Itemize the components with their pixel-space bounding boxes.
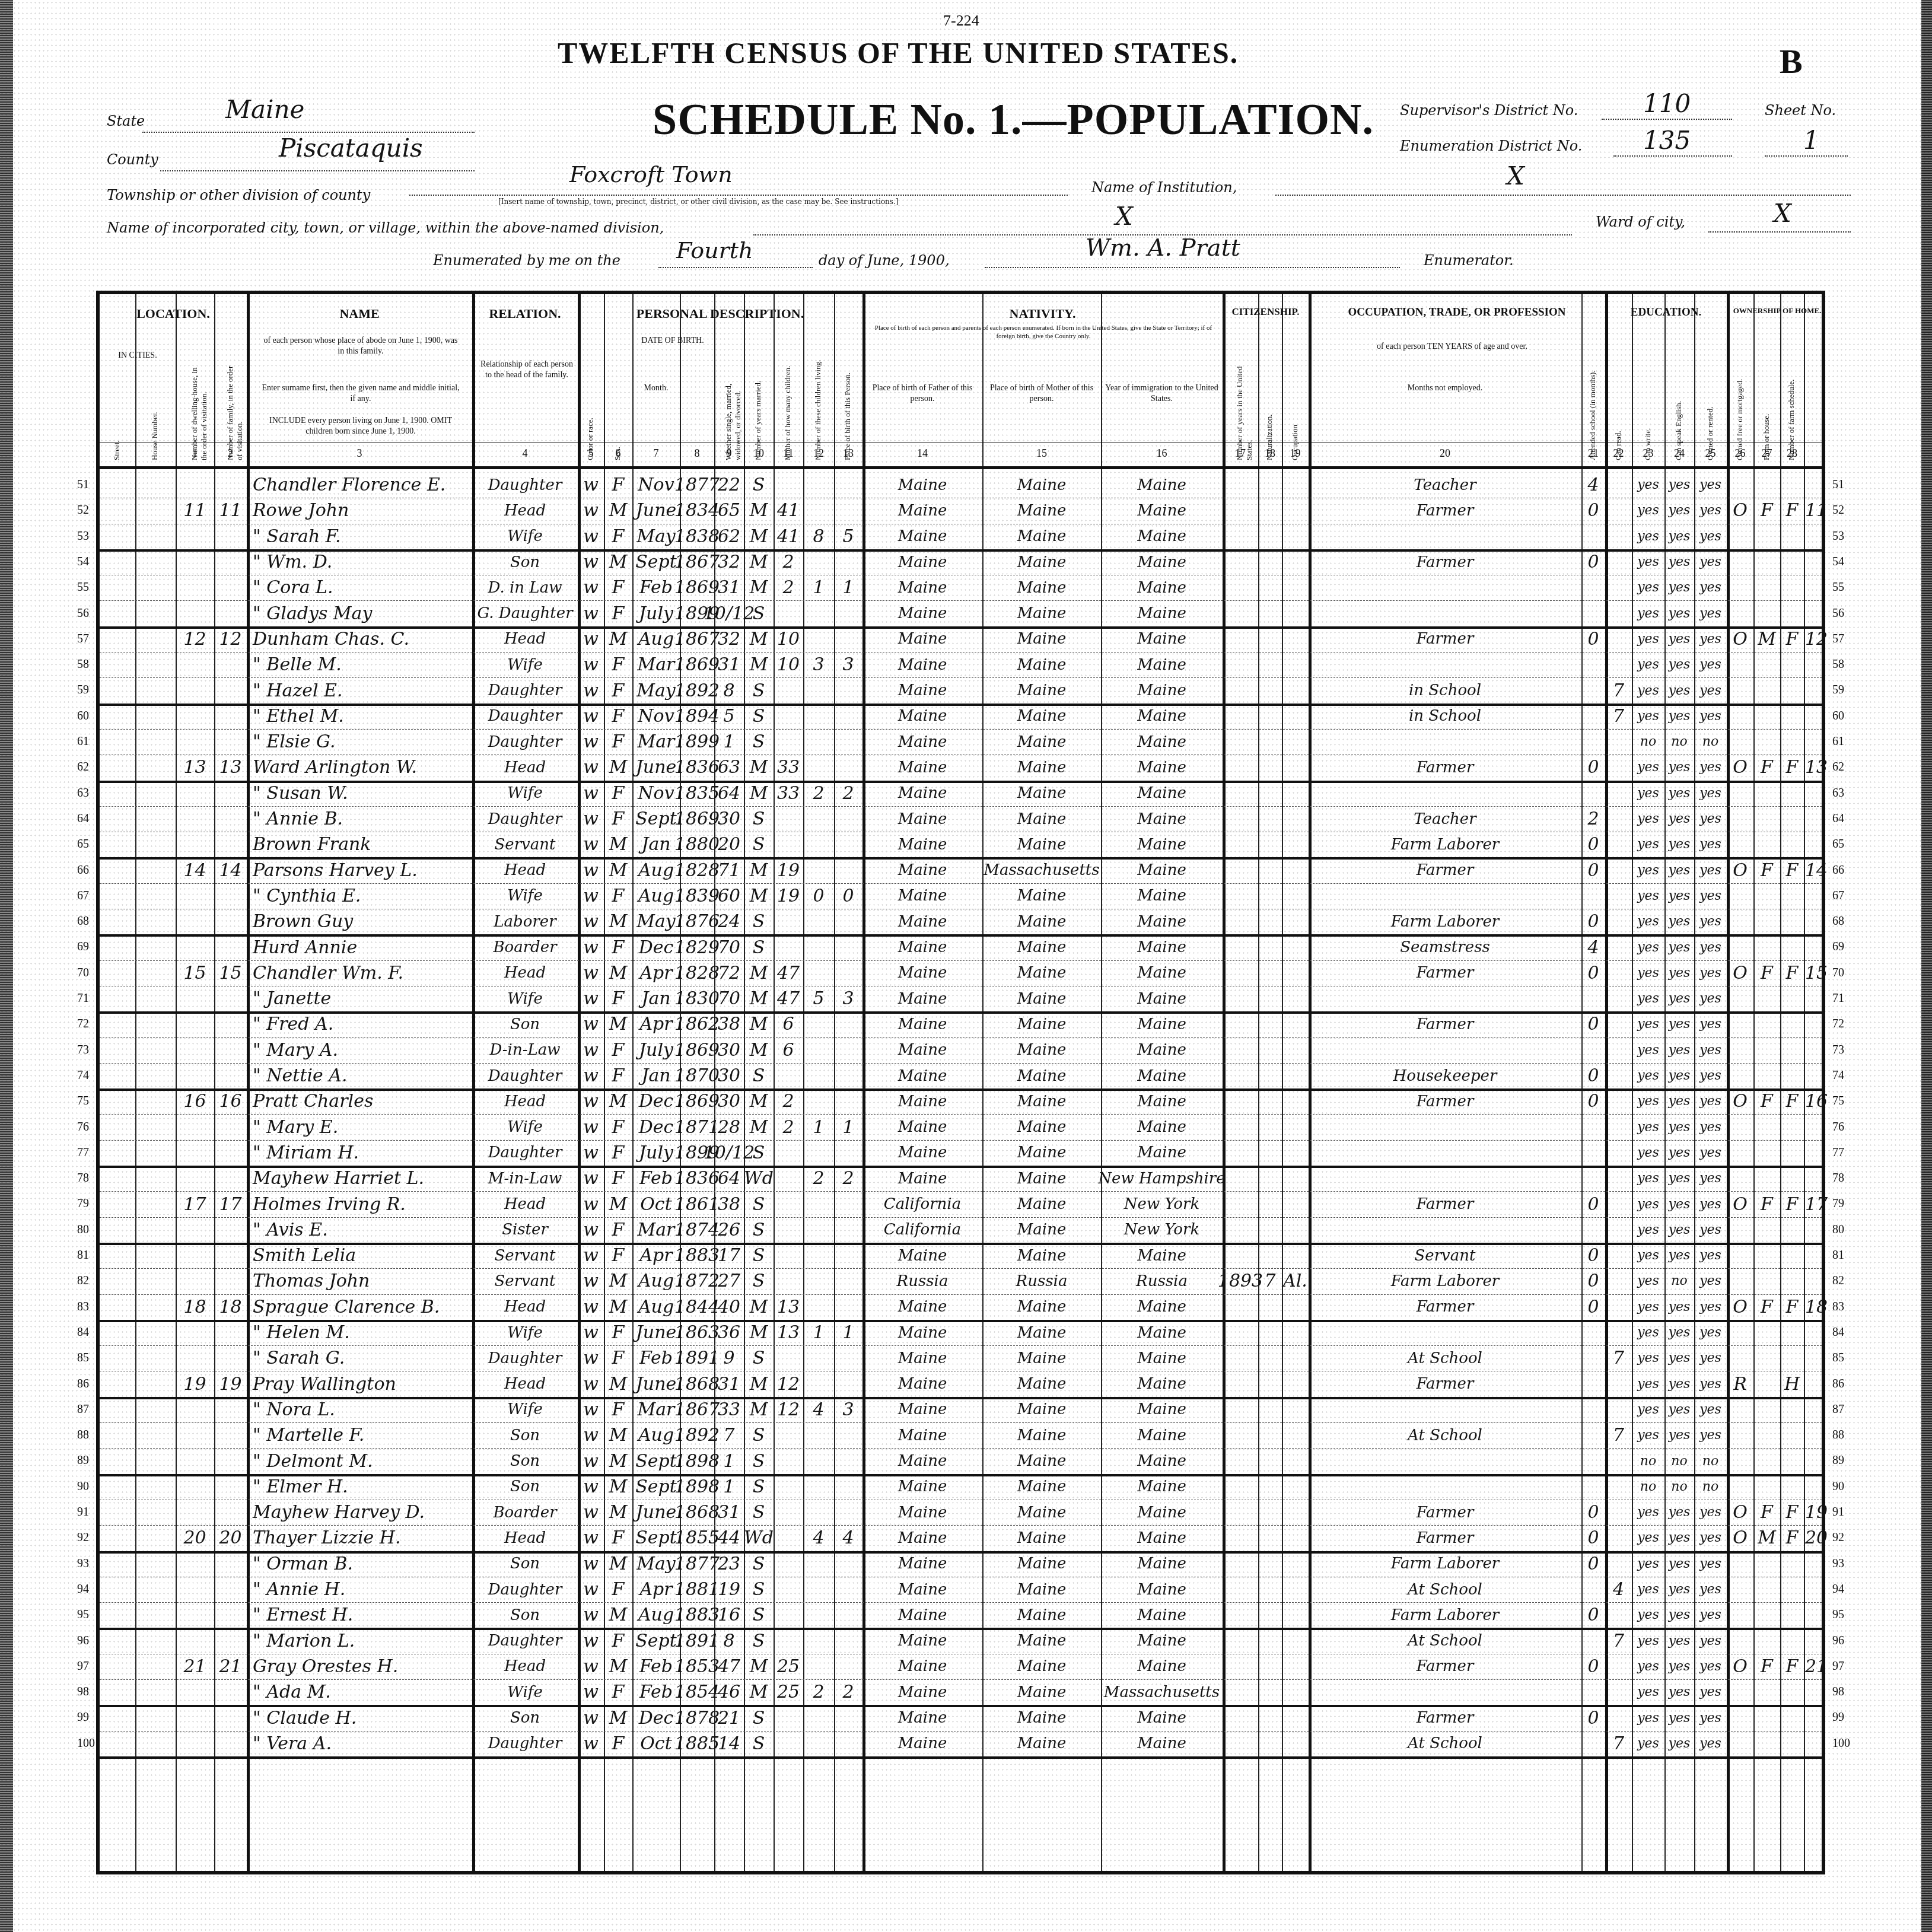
cell-cl [834, 1294, 862, 1320]
cell-year: 1877 [680, 1551, 714, 1577]
cell-rel: Daughter [472, 1628, 578, 1654]
cell-bp: Maine [862, 498, 982, 523]
cell-race: w [578, 575, 604, 600]
cell-occ: Farm Laborer [1309, 1268, 1581, 1294]
cell-sex: F [604, 1679, 632, 1705]
cell-own [1727, 1037, 1753, 1063]
table-row: " Claude H.SonwMDec187821SMaineMaineMain… [100, 1705, 1822, 1731]
cell-street [100, 1217, 135, 1243]
cell-cl: 1 [834, 1320, 862, 1345]
cell-mc: 4 [803, 1397, 834, 1422]
cell-yrs [1258, 1140, 1282, 1166]
cell-read: yes [1632, 909, 1664, 934]
cell-mne [1581, 677, 1605, 703]
cell-street [100, 1731, 135, 1756]
cell-imm [1223, 1628, 1258, 1654]
cell-yrs [1258, 1397, 1282, 1422]
cell-rel: Daughter [472, 1140, 578, 1166]
cell-fs [1804, 1217, 1829, 1243]
cell-read: yes [1632, 677, 1664, 703]
cell-nat [1282, 986, 1309, 1011]
line-number-right: 88 [1832, 1428, 1844, 1442]
cell-ym [774, 1448, 803, 1473]
township-value: Foxcroft Town [569, 161, 733, 187]
cell-write: yes [1664, 549, 1694, 575]
cell-house [135, 986, 176, 1011]
cell-rel: G. Daughter [472, 601, 578, 626]
cell-rel: Wife [472, 652, 578, 677]
cell-rel: D. in Law [472, 575, 578, 600]
cell-rel: Daughter [472, 806, 578, 832]
cell-write: yes [1664, 1602, 1694, 1628]
line-number-right: 79 [1832, 1197, 1844, 1211]
cell-own: O [1727, 1654, 1753, 1679]
cell-year: 1829 [680, 934, 714, 960]
cell-house [135, 1602, 176, 1628]
cell-age: 70 [714, 986, 744, 1011]
cell-sex: F [604, 1577, 632, 1602]
cell-mc [803, 1602, 834, 1628]
cell-dw [176, 1628, 214, 1654]
cell-race: w [578, 1628, 604, 1654]
cell-sex: F [604, 1731, 632, 1756]
cell-nat [1282, 1371, 1309, 1397]
cell-mc: 3 [803, 652, 834, 677]
cell-mc [803, 1422, 834, 1448]
cell-month: Mar [632, 1217, 680, 1243]
cell-imm [1223, 883, 1258, 909]
cell-age: 16 [714, 1602, 744, 1628]
cell-year: 1836 [680, 1166, 714, 1191]
cell-street [100, 1191, 135, 1217]
line-number-left: 97 [77, 1660, 89, 1673]
cell-ym [774, 1628, 803, 1654]
cell-free [1753, 524, 1780, 549]
cell-read: yes [1632, 1140, 1664, 1166]
cell-occ [1309, 729, 1581, 755]
cell-read: yes [1632, 1551, 1664, 1577]
cell-street [100, 960, 135, 986]
cell-rel: Head [472, 1088, 578, 1114]
cell-dw [176, 1037, 214, 1063]
cell-eng: no [1694, 1448, 1727, 1473]
cell-occ: At School [1309, 1628, 1581, 1654]
cell-eng: no [1694, 729, 1727, 755]
column-label-bm: Year of immigration to the United States… [1103, 383, 1220, 405]
cell-name: Hurd Annie [253, 934, 478, 960]
line-number-right: 55 [1832, 581, 1844, 594]
cell-free: F [1753, 498, 1780, 523]
table-row: 1414Parsons Harvey L.HeadwMAug182871M19M… [100, 858, 1822, 884]
cell-sch [1605, 1268, 1632, 1294]
cell-bf: Maine [982, 1628, 1101, 1654]
cell-dw [176, 1063, 214, 1088]
cell-free [1753, 806, 1780, 832]
table-row: Smith LeliaServantwFApr188317SMaineMaine… [100, 1243, 1822, 1269]
cell-mne [1581, 1474, 1605, 1500]
cell-month: Aug [632, 1422, 680, 1448]
cell-eng: yes [1694, 626, 1727, 652]
cell-fam [214, 652, 247, 677]
cell-house [135, 1551, 176, 1577]
cell-fs: 15 [1804, 960, 1829, 986]
cell-street [100, 909, 135, 934]
enumeration-label: Enumeration District No. [1400, 138, 1582, 154]
cell-own [1727, 1011, 1753, 1037]
cell-fs [1804, 575, 1829, 600]
cell-house [135, 1397, 176, 1422]
cell-cl [834, 806, 862, 832]
cell-rel: Wife [472, 1679, 578, 1705]
cell-own [1727, 524, 1753, 549]
column-number-occ: 20 [1309, 447, 1581, 460]
cell-sex: M [604, 1551, 632, 1577]
line-number-left: 81 [77, 1249, 89, 1262]
cell-own [1727, 1217, 1753, 1243]
cell-race: w [578, 858, 604, 883]
cell-cl: 1 [834, 1115, 862, 1140]
cell-street [100, 601, 135, 626]
cell-name: Thomas John [253, 1268, 478, 1294]
cell-bf: Maine [982, 1140, 1101, 1166]
cell-eng: yes [1694, 472, 1727, 498]
cell-yrs [1258, 1679, 1282, 1705]
column-number-rel: 4 [472, 447, 578, 460]
table-row: 1616Pratt CharlesHeadwMDec186930M2MaineM… [100, 1088, 1822, 1115]
cell-age: 32 [714, 549, 744, 575]
cell-sch [1605, 1011, 1632, 1037]
cell-occ [1309, 601, 1581, 626]
cell-ym: 41 [774, 524, 803, 549]
cell-yrs [1258, 934, 1282, 960]
cell-race: w [578, 1345, 604, 1371]
cell-nat [1282, 704, 1309, 729]
cell-mc: 8 [803, 524, 834, 549]
cell-bf: Maine [982, 1166, 1101, 1191]
cell-age: 28 [714, 1115, 744, 1140]
cell-fam [214, 806, 247, 832]
cell-fs [1804, 1628, 1829, 1654]
cell-own: O [1727, 1500, 1753, 1525]
cell-bp: Maine [862, 601, 982, 626]
cell-bm: New York [1101, 1217, 1223, 1243]
cell-street [100, 1602, 135, 1628]
cell-sch [1605, 1191, 1632, 1217]
cell-bp: Maine [862, 1448, 982, 1473]
cell-yrs [1258, 960, 1282, 986]
cell-fam: 15 [214, 960, 247, 986]
cell-age: 30 [714, 1088, 744, 1114]
cell-sex: F [604, 934, 632, 960]
cell-age: 1 [714, 1448, 744, 1473]
cell-bp: Maine [862, 781, 982, 806]
cell-rel: M-in-Law [472, 1166, 578, 1191]
cell-fs [1804, 934, 1829, 960]
cell-occ [1309, 781, 1581, 806]
cell-eng: yes [1694, 524, 1727, 549]
cell-write: yes [1664, 704, 1694, 729]
cell-occ: Housekeeper [1309, 1063, 1581, 1088]
cell-imm [1223, 1243, 1258, 1268]
cell-read: yes [1632, 755, 1664, 780]
cell-bp: Maine [862, 1525, 982, 1551]
cell-mne: 0 [1581, 1088, 1605, 1114]
cell-street [100, 1140, 135, 1166]
line-number-left: 71 [77, 992, 89, 1005]
cell-own: O [1727, 755, 1753, 780]
enumeration-district: 135 [1643, 126, 1691, 155]
cell-fam: 12 [214, 626, 247, 652]
cell-cl: 3 [834, 986, 862, 1011]
cell-nat [1282, 1500, 1309, 1525]
cell-house [135, 1345, 176, 1371]
cell-write: yes [1664, 1243, 1694, 1268]
cell-year: 1838 [680, 524, 714, 549]
cell-own [1727, 1268, 1753, 1294]
cell-cl [834, 1628, 862, 1654]
cell-yrs: 7 [1258, 1268, 1282, 1294]
cell-sex: M [604, 1500, 632, 1525]
cell-nat [1282, 1115, 1309, 1140]
cell-occ: Teacher [1309, 472, 1581, 498]
cell-farm [1780, 729, 1804, 755]
cell-mc: 1 [803, 1320, 834, 1345]
cell-write: yes [1664, 1500, 1694, 1525]
cell-street [100, 934, 135, 960]
cell-race: w [578, 986, 604, 1011]
cell-fs: 17 [1804, 1191, 1829, 1217]
cell-bf: Maine [982, 1602, 1101, 1628]
cell-month: Feb [632, 1654, 680, 1679]
cell-own [1727, 575, 1753, 600]
cell-mar: S [744, 1551, 774, 1577]
cell-yrs [1258, 1577, 1282, 1602]
cell-bp: Maine [862, 1474, 982, 1500]
cell-read: yes [1632, 1166, 1664, 1191]
cell-free [1753, 1371, 1780, 1397]
line-number-left: 99 [77, 1711, 89, 1724]
cell-year: 1899 [680, 729, 714, 755]
cell-free [1753, 601, 1780, 626]
cell-mar: S [744, 1500, 774, 1525]
cell-race: w [578, 1268, 604, 1294]
cell-nat [1282, 934, 1309, 960]
cell-read: yes [1632, 986, 1664, 1011]
cell-own [1727, 832, 1753, 857]
cell-bf: Maine [982, 1474, 1101, 1500]
cell-ym [774, 1500, 803, 1525]
cell-occ [1309, 524, 1581, 549]
cell-bf: Russia [982, 1268, 1101, 1294]
cell-street [100, 858, 135, 883]
cell-eng: yes [1694, 781, 1727, 806]
cell-free: F [1753, 1294, 1780, 1320]
cell-occ: Farmer [1309, 1525, 1581, 1551]
cell-name: " Marion L. [253, 1628, 478, 1654]
cell-read: no [1632, 729, 1664, 755]
cell-sch [1605, 909, 1632, 934]
cell-cl [834, 1063, 862, 1088]
cell-cl [834, 1602, 862, 1628]
cell-write: yes [1664, 806, 1694, 832]
line-number-left: 98 [77, 1685, 89, 1699]
cell-mar: S [744, 729, 774, 755]
cell-fam [214, 1705, 247, 1730]
cell-nat [1282, 652, 1309, 677]
cell-fam: 17 [214, 1191, 247, 1217]
cell-year: 1891 [680, 1628, 714, 1654]
cell-race: w [578, 1602, 604, 1628]
cell-eng: yes [1694, 1731, 1727, 1756]
cell-read: yes [1632, 1191, 1664, 1217]
cell-eng: yes [1694, 549, 1727, 575]
cell-bp: Maine [862, 1422, 982, 1448]
cell-own [1727, 1602, 1753, 1628]
cell-imm [1223, 1166, 1258, 1191]
line-number-right: 61 [1832, 735, 1844, 749]
cell-age: 30 [714, 1063, 744, 1088]
table-row: " Marion L.DaughterwFSept18918SMaineMain… [100, 1628, 1822, 1654]
cell-mar: S [744, 1577, 774, 1602]
cell-age: 27 [714, 1268, 744, 1294]
table-row: 1313Ward Arlington W.HeadwMJune183663M33… [100, 755, 1822, 782]
cell-sch [1605, 1371, 1632, 1397]
table-row: " Gladys MayG. DaughterwFJuly189910/12SM… [100, 601, 1822, 629]
cell-own [1727, 1731, 1753, 1756]
line-number-left: 66 [77, 864, 89, 877]
cell-mar: S [744, 1448, 774, 1473]
cell-bf: Maine [982, 1654, 1101, 1679]
cell-fam [214, 575, 247, 600]
cell-bm: Maine [1101, 524, 1223, 549]
cell-house [135, 1474, 176, 1500]
cell-eng: yes [1694, 1320, 1727, 1345]
line-number-right: 58 [1832, 658, 1844, 671]
cell-ym: 10 [774, 626, 803, 652]
cell-mne [1581, 1371, 1605, 1397]
cell-mc: 2 [803, 781, 834, 806]
cell-age: 71 [714, 858, 744, 883]
cell-yrs [1258, 1243, 1282, 1268]
cell-nat [1282, 601, 1309, 626]
cell-dw [176, 575, 214, 600]
cell-occ: Farm Laborer [1309, 1551, 1581, 1577]
supervisor-label: Supervisor's District No. [1400, 102, 1578, 119]
cell-imm [1223, 1088, 1258, 1114]
cell-house [135, 1371, 176, 1397]
cell-dw [176, 832, 214, 857]
cell-nat [1282, 575, 1309, 600]
cell-mar: M [744, 781, 774, 806]
cell-bm: Russia [1101, 1268, 1223, 1294]
line-number-right: 54 [1832, 555, 1844, 569]
cell-rel: Son [472, 1474, 578, 1500]
column-label-read: Can write. [1643, 359, 1653, 460]
cell-mne: 0 [1581, 1294, 1605, 1320]
column-label-fam: Number of family, in the order of visita… [225, 359, 244, 460]
cell-fam [214, 524, 247, 549]
cell-free [1753, 909, 1780, 934]
cell-occ: Farmer [1309, 1705, 1581, 1730]
cell-house [135, 601, 176, 626]
cell-year: 1892 [680, 1422, 714, 1448]
cell-cl [834, 755, 862, 780]
cell-free [1753, 986, 1780, 1011]
cell-occ: Farmer [1309, 1500, 1581, 1525]
cell-dw [176, 1448, 214, 1473]
cell-sch [1605, 755, 1632, 780]
line-number-right: 77 [1832, 1146, 1844, 1160]
cell-own [1727, 1243, 1753, 1268]
cell-age: 1 [714, 729, 744, 755]
cell-fs: 19 [1804, 1500, 1829, 1525]
table-row: " Annie B.DaughterwFSept186930SMaineMain… [100, 806, 1822, 832]
cell-mne: 0 [1581, 960, 1605, 986]
cell-race: w [578, 1011, 604, 1037]
cell-occ [1309, 1474, 1581, 1500]
cell-mc [803, 1654, 834, 1679]
cell-farm [1780, 1115, 1804, 1140]
cell-eng: yes [1694, 934, 1727, 960]
cell-free [1753, 832, 1780, 857]
cell-sex: F [604, 986, 632, 1011]
cell-occ: Farmer [1309, 549, 1581, 575]
cell-write: yes [1664, 1551, 1694, 1577]
cell-sch: 4 [1605, 1577, 1632, 1602]
cell-bp: California [862, 1217, 982, 1243]
cell-race: w [578, 498, 604, 523]
cell-fam [214, 909, 247, 934]
citizenship-heading: CITIZENSHIP. [1223, 306, 1309, 318]
cell-sch [1605, 1115, 1632, 1140]
cell-cl: 3 [834, 652, 862, 677]
cell-mc [803, 704, 834, 729]
cell-free [1753, 1679, 1780, 1705]
cell-age: 17 [714, 1243, 744, 1268]
cell-fam [214, 1037, 247, 1063]
cell-race: w [578, 832, 604, 857]
cell-rel: Wife [472, 1320, 578, 1345]
cell-mne [1581, 601, 1605, 626]
cell-eng: yes [1694, 1217, 1727, 1243]
cell-street [100, 1088, 135, 1114]
cell-free: F [1753, 755, 1780, 780]
city-label: Name of incorporated city, town, or vill… [107, 219, 664, 236]
cell-mc [803, 1063, 834, 1088]
cell-street [100, 781, 135, 806]
cell-sex: F [604, 806, 632, 832]
cell-own [1727, 1115, 1753, 1140]
date-of-birth-heading: DATE OF BIRTH. [632, 336, 713, 346]
cell-race: w [578, 729, 604, 755]
cell-fs [1804, 1679, 1829, 1705]
cell-sex: F [604, 1397, 632, 1422]
cell-imm [1223, 1422, 1258, 1448]
cell-occ: Farmer [1309, 626, 1581, 652]
cell-street [100, 1320, 135, 1345]
cell-fs [1804, 1037, 1829, 1063]
line-number-right: 92 [1832, 1531, 1844, 1545]
cell-mc [803, 858, 834, 883]
cell-farm [1780, 909, 1804, 934]
cell-mc [803, 626, 834, 652]
cell-bf: Maine [982, 1500, 1101, 1525]
line-number-right: 66 [1832, 864, 1844, 877]
cell-nat [1282, 832, 1309, 857]
cell-fs [1804, 677, 1829, 703]
cell-eng: yes [1694, 960, 1727, 986]
cell-own [1727, 1397, 1753, 1422]
